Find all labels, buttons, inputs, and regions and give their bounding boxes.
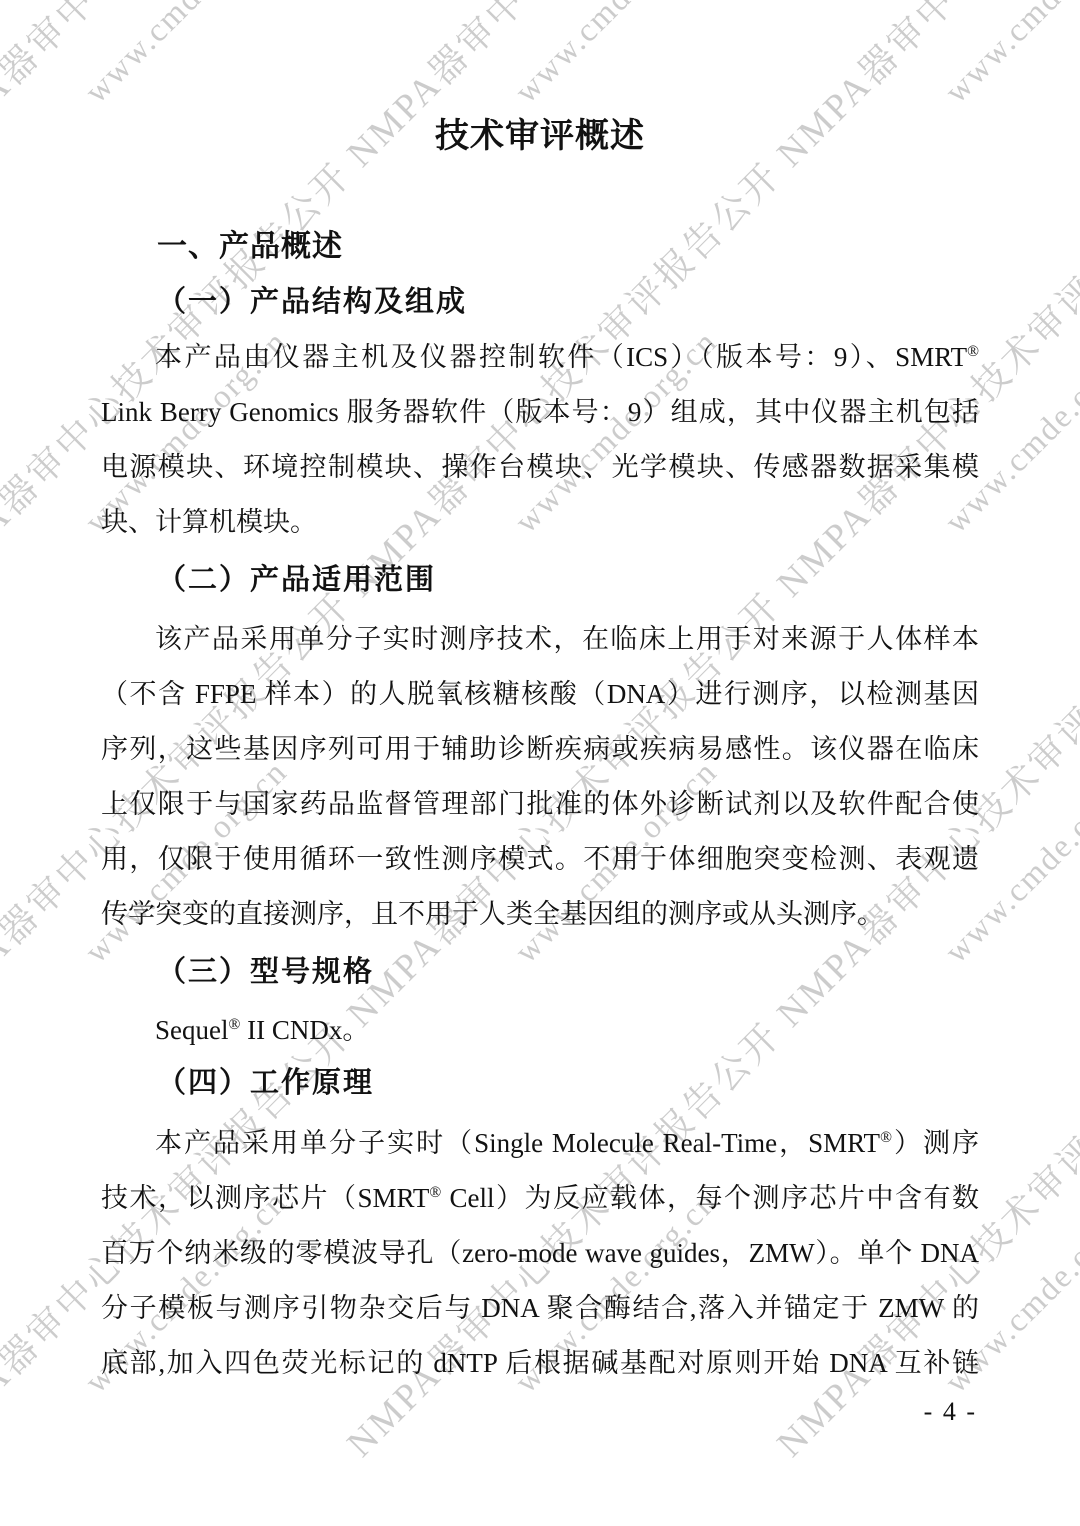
document-page: 技术审评概述 一、产品概述 （一）产品结构及组成 本产品由仪器主机及仪器控制软件… <box>101 0 979 1526</box>
paragraph-principle: 本产品采用单分子实时（Single Molecule Real-Time，SMR… <box>101 1116 979 1391</box>
paragraph-line: 块、计算机模块。 <box>101 495 979 550</box>
paragraph-line: Link Berry Genomics 服务器软件（版本号：9）组成，其中仪器主… <box>101 385 979 440</box>
subsection-heading-model: （三）型号规格 <box>157 949 374 990</box>
subsection-heading-structure: （一）产品结构及组成 <box>157 279 467 320</box>
paragraph-line: 上仅限于与国家药品监督管理部门批准的体外诊断试剂以及软件配合使 <box>101 777 979 832</box>
subsection-heading-principle: （四）工作原理 <box>157 1060 374 1101</box>
paragraph-structure: 本产品由仪器主机及仪器控制软件（ICS）（版本号：9）、SMRT® Link B… <box>101 330 979 550</box>
paragraph-line: 序列，这些基因序列可用于辅助诊断疾病或疾病易感性。该仪器在临床 <box>101 722 979 777</box>
paragraph-line: 底部,加入四色荧光标记的 dNTP 后根据碱基配对原则开始 DNA 互补链 <box>101 1336 979 1391</box>
paragraph-line: 分子模板与测序引物杂交后与 DNA 聚合酶结合,落入并锚定于 ZMW 的 <box>101 1281 979 1336</box>
paragraph-line: 电源模块、环境控制模块、操作台模块、光学模块、传感器数据采集模 <box>101 440 979 495</box>
paragraph-line: Sequel® II CNDx。 <box>101 1003 979 1058</box>
section-heading-product-overview: 一、产品概述 <box>157 221 343 265</box>
paragraph-line: 用，仅限于使用循环一致性测序模式。不用于体细胞突变检测、表观遗 <box>101 832 979 887</box>
paragraph-line: 该产品采用单分子实时测序技术，在临床上用于对来源于人体样本 <box>101 612 979 667</box>
paragraph-line: 百万个纳米级的零模波导孔（zero-mode wave guides，ZMW）。… <box>101 1226 979 1281</box>
paragraph-line: 技术，以测序芯片（SMRT® Cell）为反应载体，每个测序芯片中含有数 <box>101 1171 979 1226</box>
document-title: 技术审评概述 <box>101 108 979 157</box>
paragraph-model: Sequel® II CNDx。 <box>101 1003 979 1058</box>
paragraph-scope: 该产品采用单分子实时测序技术，在临床上用于对来源于人体样本 （不含 FFPE 样… <box>101 612 979 942</box>
subsection-heading-scope: （二）产品适用范围 <box>157 557 436 598</box>
paragraph-line: 传学突变的直接测序，且不用于人类全基因组的测序或从头测序。 <box>101 887 979 942</box>
paragraph-line: （不含 FFPE 样本）的人脱氧核糖核酸（DNA）进行测序，以检测基因 <box>101 667 979 722</box>
page-number: - 4 - <box>924 1397 977 1427</box>
paragraph-line: 本产品采用单分子实时（Single Molecule Real-Time，SMR… <box>101 1116 979 1171</box>
paragraph-line: 本产品由仪器主机及仪器控制软件（ICS）（版本号：9）、SMRT® <box>101 330 979 385</box>
